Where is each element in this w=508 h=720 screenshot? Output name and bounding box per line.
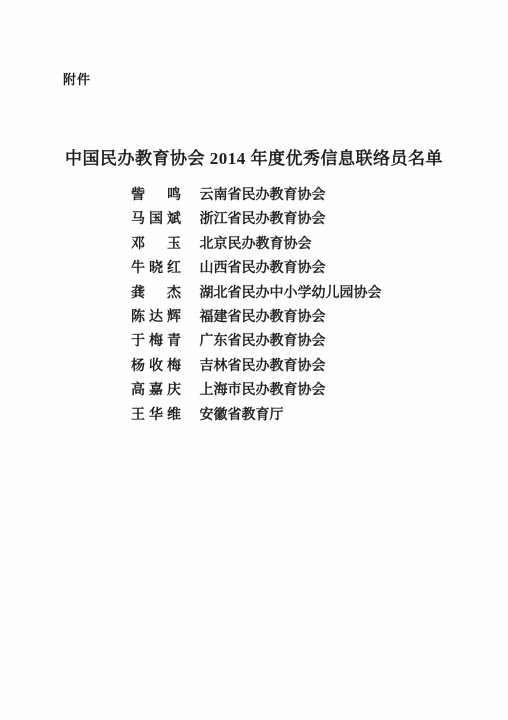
liaison-name: 高嘉庆: [131, 379, 181, 403]
roster-row: 于梅青 广东省民办教育协会: [131, 330, 382, 354]
liaison-name: 杨收梅: [131, 355, 181, 379]
roster-row: 杨收梅 吉林省民办教育协会: [131, 355, 382, 379]
liaison-organization: 北京民办教育协会: [200, 233, 312, 257]
liaison-organization: 吉林省民办教育协会: [200, 355, 326, 379]
liaison-name: 马国斌: [131, 208, 181, 232]
liaison-organization: 安徽省教育厅: [200, 404, 284, 428]
liaison-name: 邓玉: [131, 233, 181, 257]
liaison-organization: 广东省民办教育协会: [200, 330, 326, 354]
document-page: 附件 中国民办教育协会 2014 年度优秀信息联络员名单 訾鸣 云南省民办教育协…: [0, 0, 508, 720]
liaison-organization: 山西省民办教育协会: [200, 257, 326, 281]
roster-row: 訾鸣 云南省民办教育协会: [131, 184, 382, 208]
liaison-roster: 訾鸣 云南省民办教育协会 马国斌 浙江省民办教育协会 邓玉 北京民办教育协会 牛…: [131, 184, 382, 428]
liaison-organization: 云南省民办教育协会: [200, 184, 326, 208]
liaison-name: 王华维: [131, 404, 181, 428]
liaison-name: 于梅青: [131, 330, 181, 354]
liaison-organization: 浙江省民办教育协会: [200, 208, 326, 232]
liaison-name: 訾鸣: [131, 184, 181, 208]
liaison-organization: 上海市民办教育协会: [200, 379, 326, 403]
roster-row: 牛晓红 山西省民办教育协会: [131, 257, 382, 281]
liaison-organization: 福建省民办教育协会: [200, 306, 326, 330]
attachment-label: 附件: [63, 69, 91, 88]
roster-row: 高嘉庆 上海市民办教育协会: [131, 379, 382, 403]
liaison-name: 龚杰: [131, 282, 181, 306]
liaison-organization: 湖北省民办中小学幼儿园协会: [200, 282, 382, 306]
roster-row: 陈达辉 福建省民办教育协会: [131, 306, 382, 330]
document-title: 中国民办教育协会 2014 年度优秀信息联络员名单: [0, 144, 508, 169]
liaison-name: 陈达辉: [131, 306, 181, 330]
roster-row: 马国斌 浙江省民办教育协会: [131, 208, 382, 232]
roster-row: 王华维 安徽省教育厅: [131, 404, 382, 428]
roster-row: 龚杰 湖北省民办中小学幼儿园协会: [131, 282, 382, 306]
roster-row: 邓玉 北京民办教育协会: [131, 233, 382, 257]
liaison-name: 牛晓红: [131, 257, 181, 281]
